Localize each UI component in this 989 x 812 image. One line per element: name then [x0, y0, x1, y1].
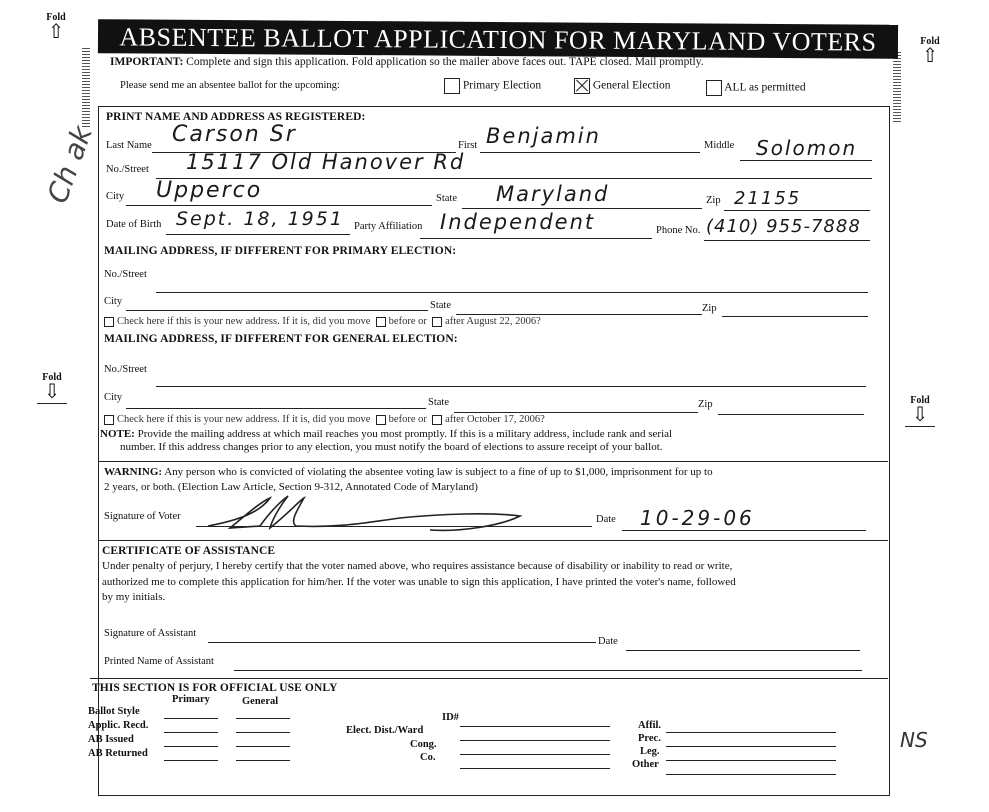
before-checkbox[interactable] — [376, 415, 386, 425]
before-label: before or — [389, 414, 427, 425]
corner-initials: NS — [900, 728, 928, 752]
city-value[interactable]: Upperco — [156, 178, 262, 203]
voter-date-value[interactable]: 10-29-06 — [640, 506, 755, 530]
mailing-primary-city-field[interactable] — [126, 310, 428, 311]
mailing-primary-zip-label: Zip — [702, 303, 717, 314]
mailing-general-city-field[interactable] — [126, 408, 426, 409]
mailing-primary-zip-field[interactable] — [722, 316, 868, 317]
margin-initials: Ch ak — [41, 121, 99, 207]
after-label: after August 22, 2006? — [445, 316, 541, 327]
election-prompt: Please send me an absentee ballot for th… — [120, 80, 340, 91]
mailing-general-new-address: Check here if this is your new address. … — [104, 414, 545, 425]
dob-value[interactable]: Sept. 18, 1951 — [176, 208, 344, 230]
street-value[interactable]: 15117 Old Hanover Rd — [186, 150, 465, 174]
middle-name-label: Middle — [704, 140, 734, 151]
official-prec-label: Prec. — [638, 733, 661, 744]
certificate-text-2: authorized me to complete this applicati… — [102, 576, 736, 588]
certificate-text-3: by my initials. — [102, 591, 165, 603]
fold-mark-right: Fold ⇩ — [908, 395, 932, 427]
warning-line-1: WARNING: Any person who is convicted of … — [104, 466, 713, 478]
after-checkbox[interactable] — [432, 415, 442, 425]
fold-mark-top-right: Fold ⇧ — [918, 36, 942, 65]
new-address-text: Check here if this is your new address. … — [117, 316, 370, 327]
official-other-label: Other — [632, 759, 659, 770]
official-row-label: Applic. Recd. — [88, 720, 148, 731]
option-label: General Election — [593, 80, 671, 92]
official-col-general: General — [242, 696, 278, 707]
after-label: after October 17, 2006? — [445, 414, 545, 425]
general-election-option[interactable]: General Election — [574, 78, 670, 94]
mailing-general-street-field[interactable] — [156, 386, 866, 387]
party-label: Party Affiliation — [354, 221, 422, 232]
zip-label: Zip — [706, 195, 721, 206]
voter-signature-icon — [200, 492, 530, 536]
official-id-label: ID# — [442, 712, 459, 723]
primary-election-checkbox[interactable] — [444, 78, 460, 94]
important-label: IMPORTANT: — [110, 56, 183, 68]
official-heading: THIS SECTION IS FOR OFFICIAL USE ONLY — [92, 682, 337, 694]
mailing-general-city-label: City — [104, 392, 122, 403]
option-label: Primary Election — [463, 80, 541, 92]
official-col-primary: Primary — [172, 694, 210, 705]
form-title-banner: ABSENTEE BALLOT APPLICATION FOR MARYLAND… — [98, 19, 898, 59]
party-value[interactable]: Independent — [440, 210, 595, 234]
arrow-down-icon: ⇩ — [908, 406, 932, 424]
assistant-printed-name-label: Printed Name of Assistant — [104, 656, 214, 667]
state-value[interactable]: Maryland — [496, 182, 609, 206]
mailing-primary-street-field[interactable] — [156, 292, 868, 293]
assistant-signature-field[interactable] — [208, 642, 596, 643]
certificate-heading: CERTIFICATE OF ASSISTANCE — [102, 545, 275, 557]
official-row-label: Ballot Style — [88, 706, 140, 717]
arrow-down-icon: ⇩ — [40, 383, 64, 401]
mailing-general-street-label: No./Street — [104, 364, 147, 375]
primary-election-option[interactable]: Primary Election — [444, 78, 541, 94]
note-label: NOTE: — [100, 428, 135, 440]
new-address-text: Check here if this is your new address. … — [117, 414, 370, 425]
all-permitted-checkbox[interactable] — [706, 80, 722, 96]
fold-mark-left: Fold ⇩ — [40, 372, 64, 404]
option-label: ALL as permitted — [724, 82, 805, 94]
arrow-up-icon: ⇧ — [918, 47, 942, 65]
mailing-primary-city-label: City — [104, 296, 122, 307]
official-co-label: Co. — [420, 752, 435, 763]
official-elect-dist-label: Elect. Dist./Ward — [346, 725, 423, 736]
certificate-text-1: Under penalty of perjury, I hereby certi… — [102, 560, 732, 572]
note-text-1: Provide the mailing address at which mai… — [138, 428, 673, 440]
dob-label: Date of Birth — [106, 219, 161, 230]
mailing-general-heading: MAILING ADDRESS, IF DIFFERENT FOR GENERA… — [104, 333, 458, 345]
new-address-checkbox[interactable] — [104, 317, 114, 327]
before-label: before or — [389, 316, 427, 327]
voter-signature-label: Signature of Voter — [104, 511, 181, 522]
first-name-value[interactable]: Benjamin — [486, 124, 601, 148]
official-cong-label: Cong. — [410, 739, 437, 750]
all-permitted-option[interactable]: ALL as permitted — [706, 80, 806, 96]
official-leg-label: Leg. — [640, 746, 660, 757]
official-affil-label: Affil. — [638, 720, 661, 731]
voter-date-label: Date — [596, 514, 616, 525]
warning-label: WARNING: — [104, 466, 162, 478]
phone-label: Phone No. — [656, 225, 700, 236]
arrow-up-icon: ⇧ — [44, 23, 68, 41]
assistant-printed-name-field[interactable] — [234, 670, 862, 671]
margin-barcode-left — [82, 48, 90, 128]
street-label: No./Street — [106, 164, 149, 175]
general-election-checkbox-checked[interactable] — [574, 78, 590, 94]
note-line-1: NOTE: Provide the mailing address at whi… — [100, 428, 672, 440]
note-line-2: number. If this address changes prior to… — [120, 441, 663, 453]
mailing-primary-heading: MAILING ADDRESS, IF DIFFERENT FOR PRIMAR… — [104, 245, 456, 257]
phone-value[interactable]: (410) 955-7888 — [706, 216, 861, 237]
mailing-general-zip-label: Zip — [698, 399, 713, 410]
mailing-general-zip-field[interactable] — [718, 414, 864, 415]
fold-mark-top-left: Fold ⇧ — [44, 12, 68, 41]
mailing-general-state-field[interactable] — [454, 412, 698, 413]
last-name-label: Last Name — [106, 140, 152, 151]
last-name-value[interactable]: Carson Sr — [172, 122, 297, 147]
assistant-date-field[interactable] — [626, 650, 860, 651]
zip-value[interactable]: 21155 — [734, 188, 801, 209]
assistant-date-label: Date — [598, 636, 618, 647]
official-row-label: AB Returned — [88, 748, 148, 759]
important-notice: IMPORTANT: Complete and sign this applic… — [110, 56, 704, 68]
mailing-primary-state-label: State — [430, 300, 451, 311]
new-address-checkbox[interactable] — [104, 415, 114, 425]
official-row-label: AB Issued — [88, 734, 134, 745]
after-checkbox[interactable] — [432, 317, 442, 327]
mailing-primary-new-address: Check here if this is your new address. … — [104, 316, 541, 327]
important-text: Complete and sign this application. Fold… — [186, 56, 703, 68]
mailing-primary-state-field[interactable] — [456, 314, 702, 315]
margin-barcode-right — [893, 52, 901, 122]
city-label: City — [106, 191, 124, 202]
warning-text-1: Any person who is convicted of violating… — [164, 466, 712, 478]
middle-name-value[interactable]: Solomon — [756, 136, 857, 160]
assistant-signature-label: Signature of Assistant — [104, 628, 196, 639]
mailing-general-state-label: State — [428, 397, 449, 408]
mailing-primary-street-label: No./Street — [104, 269, 147, 280]
state-label: State — [436, 193, 457, 204]
before-checkbox[interactable] — [376, 317, 386, 327]
